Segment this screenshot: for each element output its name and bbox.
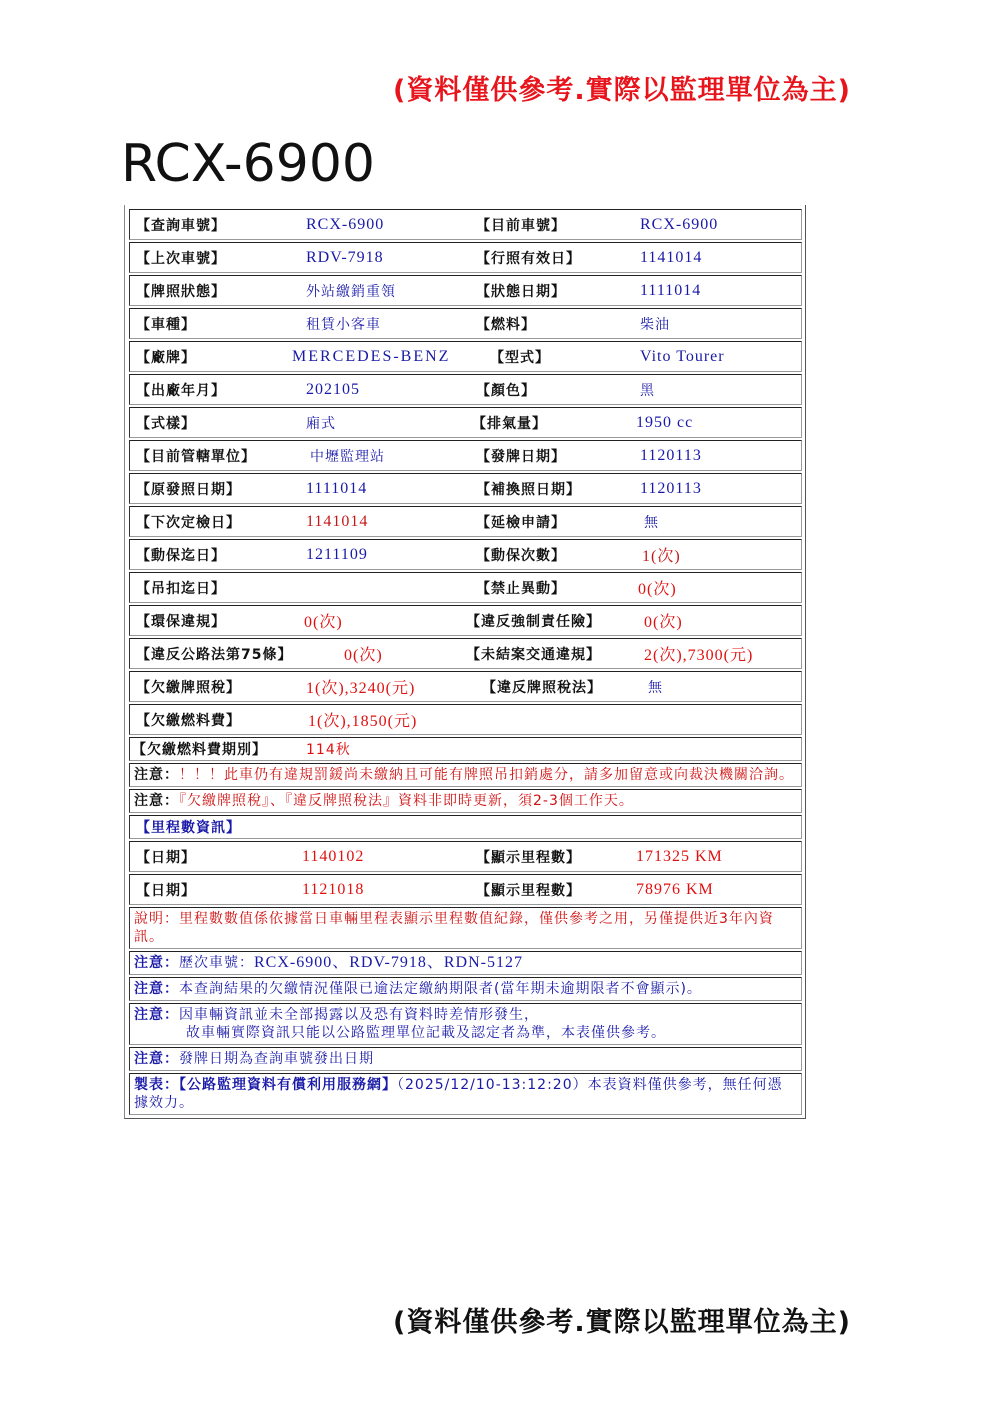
table-row: 【廠牌】 MERCEDES-BENZ 【型式】 Vito Tourer [129, 341, 802, 372]
label-displayed-mileage: 【顯示里程數】 [476, 880, 581, 900]
value-license-tax-violation: 無 [648, 677, 663, 697]
table-row: 【牌照狀態】 外站繳銷重領 【狀態日期】 1111014 [129, 275, 802, 306]
footer-timestamp: （2025/12/10-13:12:20） [397, 1077, 588, 1093]
label-inspection-extension: 【延檢申請】 [476, 512, 566, 532]
label-displacement: 【排氣量】 [472, 413, 547, 433]
value-unpaid-fuel-fee: 1(次),1850(元) [308, 708, 417, 731]
value-brand: MERCEDES-BENZ [292, 348, 450, 366]
notice-plate-issue-date: 注意：發牌日期為查詢車號發出日期 [129, 1047, 802, 1071]
label-mileage-date: 【日期】 [136, 880, 196, 900]
label-lien-count: 【動保次數】 [476, 545, 566, 565]
notice-violation-warning: 注意：！！！此車仍有違規罰鍰尚未繳納且可能有牌照吊扣銷處分，請多加留意或向裁決機… [129, 763, 802, 787]
value-environmental-violation: 0(次) [304, 609, 343, 632]
mileage-explanation: 說明：里程數數值係依據當日車輛里程表顯示里程數值紀錄，僅供參考之用，另僅提供近3… [129, 907, 802, 949]
label-environmental-violation: 【環保違規】 [136, 611, 226, 631]
value-lien-end-date: 1211109 [306, 546, 368, 564]
label-plate-issue-date: 【發牌日期】 [476, 446, 566, 466]
label-license-valid-date: 【行照有效日】 [476, 248, 581, 268]
value-reissue-date: 1120113 [640, 480, 702, 498]
table-row-fuel-period: 【欠繳燃料費期別】 114秋 [129, 737, 802, 761]
table-row: 【欠繳牌照稅】 1(次),3240(元) 【違反牌照稅法】 無 [129, 671, 802, 702]
notice-key: 注意： [134, 767, 179, 783]
label-previous-plate: 【上次車號】 [136, 248, 226, 268]
label-current-plate: 【目前車號】 [476, 215, 566, 235]
table-row: 【上次車號】 RDV-7918 【行照有效日】 1141014 [129, 242, 802, 273]
page-title-plate: RCX-6900 [121, 132, 375, 196]
notice-disclosure: 注意：因車輛資訊並未全部揭露以及恐有資料時差情形發生， 故車輛實際資訊只能以公路… [129, 1003, 802, 1045]
table-row: 【環保違規】 0(次) 【違反強制責任險】 0(次) [129, 605, 802, 636]
notice-plate-history: 注意：歷次車號：RCX-6900、RDV-7918、RDN-5127 [129, 951, 802, 975]
label-unpaid-fuel-fee: 【欠繳燃料費】 [136, 710, 241, 730]
value-displayed-mileage: 171325 KM [636, 848, 723, 866]
notice-text: 『欠繳牌照稅』、『違反牌照稅法』資料非即時更新，須2-3個工作天。 [179, 793, 634, 809]
vehicle-report-table: 【查詢車號】 RCX-6900 【目前車號】 RCX-6900 【上次車號】 R… [124, 205, 806, 1119]
table-row: 【目前管轄單位】 中壢監理站 【發牌日期】 1120113 [129, 440, 802, 471]
value-fuel: 柴油 [640, 314, 670, 334]
label-next-inspection: 【下次定檢日】 [136, 512, 241, 532]
table-row: 【吊扣迄日】 【禁止異動】 0(次) [129, 572, 802, 603]
label-original-license-date: 【原發照日期】 [136, 479, 241, 499]
label-manufacture-date: 【出廠年月】 [136, 380, 226, 400]
label-brand: 【廠牌】 [136, 347, 196, 367]
value-plate-status: 外站繳銷重領 [306, 281, 396, 301]
table-row: 【欠繳燃料費】 1(次),1850(元) [129, 704, 802, 735]
value-status-date: 1111014 [640, 282, 701, 300]
value-mileage-date: 1121018 [302, 881, 364, 899]
value-vehicle-type: 租賃小客車 [306, 314, 381, 334]
table-row: 【查詢車號】 RCX-6900 【目前車號】 RCX-6900 [129, 209, 802, 240]
mileage-row: 【日期】 1140102 【顯示里程數】 171325 KM [129, 841, 802, 872]
value-mileage-date: 1140102 [302, 848, 364, 866]
notice-line-2: 故車輛實際資訊只能以公路監理單位記載及認定者為準，本表僅供參考。 [134, 1024, 797, 1042]
disclaimer-banner-bottom: (資料僅供參考.實際以監理單位為主) [393, 1300, 851, 1339]
label-model: 【型式】 [490, 347, 550, 367]
label-reissue-date: 【補換照日期】 [476, 479, 581, 499]
notice-text: ！！！此車仍有違規罰鍰尚未繳納且可能有牌照吊扣銷處分，請多加留意或向裁決機關洽詢… [179, 767, 794, 783]
label-color: 【顏色】 [476, 380, 536, 400]
value-current-plate: RCX-6900 [640, 216, 718, 234]
mileage-header-label: 【里程數資訊】 [130, 817, 241, 837]
label-jurisdiction: 【目前管轄單位】 [136, 446, 256, 466]
notice-key: 注意： [134, 1051, 179, 1067]
notice-prefix: 歷次車號： [179, 955, 254, 971]
footer-key: 製表： [134, 1077, 179, 1093]
label-displayed-mileage: 【顯示里程數】 [476, 847, 581, 867]
value-query-plate: RCX-6900 [306, 216, 384, 234]
value-body-style: 廂式 [306, 413, 336, 433]
value-plate-issue-date: 1120113 [640, 447, 702, 465]
value-model: Vito Tourer [640, 348, 725, 366]
value-insurance-violation: 0(次) [644, 609, 683, 632]
value-original-license-date: 1111014 [306, 480, 367, 498]
value-displacement: 1950 cc [636, 414, 693, 432]
label-transfer-ban: 【禁止異動】 [476, 578, 566, 598]
report-footer: 製表：【公路監理資料有償利用服務網】（2025/12/10-13:12:20）本… [129, 1073, 802, 1115]
value-license-valid-date: 1141014 [640, 249, 702, 267]
value-previous-plate: RDV-7918 [306, 249, 384, 267]
label-lien-end-date: 【動保迄日】 [136, 545, 226, 565]
value-inspection-extension: 無 [644, 512, 659, 532]
mileage-row: 【日期】 1121018 【顯示里程數】 78976 KM [129, 874, 802, 905]
value-jurisdiction: 中壢監理站 [310, 446, 385, 466]
value-fuel-fee-period: 114秋 [306, 739, 351, 759]
value-next-inspection: 1141014 [306, 513, 368, 531]
table-row: 【式樣】 廂式 【排氣量】 1950 cc [129, 407, 802, 438]
notice-text: 發牌日期為查詢車號發出日期 [179, 1051, 374, 1067]
label-mileage-date: 【日期】 [136, 847, 196, 867]
table-row: 【違反公路法第75條】 0(次) 【未結案交通違規】 2(次),7300(元) [129, 638, 802, 669]
notice-tax-update-delay: 注意：『欠繳牌照稅』、『違反牌照稅法』資料非即時更新，須2-3個工作天。 [129, 789, 802, 813]
table-row: 【下次定檢日】 1141014 【延檢申請】 無 [129, 506, 802, 537]
value-manufacture-date: 202105 [306, 381, 360, 399]
notice-arrears-scope: 注意：本查詢結果的欠繳情況僅限已逾法定繳納期限者(當年期未逾期限者不會顯示)。 [129, 977, 802, 1001]
disclaimer-banner-top: (資料僅供參考.實際以監理單位為主) [393, 68, 851, 107]
value-highway-act-75: 0(次) [344, 642, 383, 665]
label-unpaid-license-tax: 【欠繳牌照稅】 [136, 677, 241, 697]
label-highway-act-75: 【違反公路法第75條】 [136, 644, 292, 664]
value-displayed-mileage: 78976 KM [636, 881, 714, 899]
notice-key: 注意： [134, 955, 179, 971]
value-unpaid-license-tax: 1(次),3240(元) [306, 675, 415, 698]
table-row: 【車種】 租賃小客車 【燃料】 柴油 [129, 308, 802, 339]
label-status-date: 【狀態日期】 [476, 281, 566, 301]
label-plate-status: 【牌照狀態】 [136, 281, 226, 301]
notice-key: 注意： [134, 793, 179, 809]
label-vehicle-type: 【車種】 [136, 314, 196, 334]
table-row: 【動保迄日】 1211109 【動保次數】 1(次) [129, 539, 802, 570]
value-unsettled-traffic-violations: 2(次),7300(元) [644, 642, 753, 665]
table-row: 【出廠年月】 202105 【顏色】 黑 [129, 374, 802, 405]
notice-text: 本查詢結果的欠繳情況僅限已逾法定繳納期限者(當年期未逾期限者不會顯示)。 [179, 981, 702, 997]
table-row: 【原發照日期】 1111014 【補換照日期】 1120113 [129, 473, 802, 504]
label-body-style: 【式樣】 [136, 413, 196, 433]
footer-source: 【公路監理資料有償利用服務網】 [179, 1077, 397, 1093]
mileage-section-header: 【里程數資訊】 [129, 815, 802, 839]
value-color: 黑 [640, 380, 655, 400]
notice-key: 注意： [134, 981, 179, 997]
notice-key: 注意： [134, 1007, 179, 1023]
label-suspension-end-date: 【吊扣迄日】 [136, 578, 226, 598]
value-lien-count: 1(次) [642, 543, 681, 566]
label-fuel: 【燃料】 [476, 314, 536, 334]
label-license-tax-violation: 【違反牌照稅法】 [482, 677, 602, 697]
plate-history-list: RCX-6900、RDV-7918、RDN-5127 [254, 954, 523, 971]
label-unsettled-traffic-violations: 【未結案交通違規】 [466, 644, 601, 664]
label-fuel-fee-period: 【欠繳燃料費期別】 [132, 739, 267, 759]
notice-line-1: 因車輛資訊並未全部揭露以及恐有資料時差情形發生， [179, 1007, 539, 1023]
value-transfer-ban: 0(次) [638, 576, 677, 599]
label-query-plate: 【查詢車號】 [136, 215, 226, 235]
label-insurance-violation: 【違反強制責任險】 [466, 611, 601, 631]
